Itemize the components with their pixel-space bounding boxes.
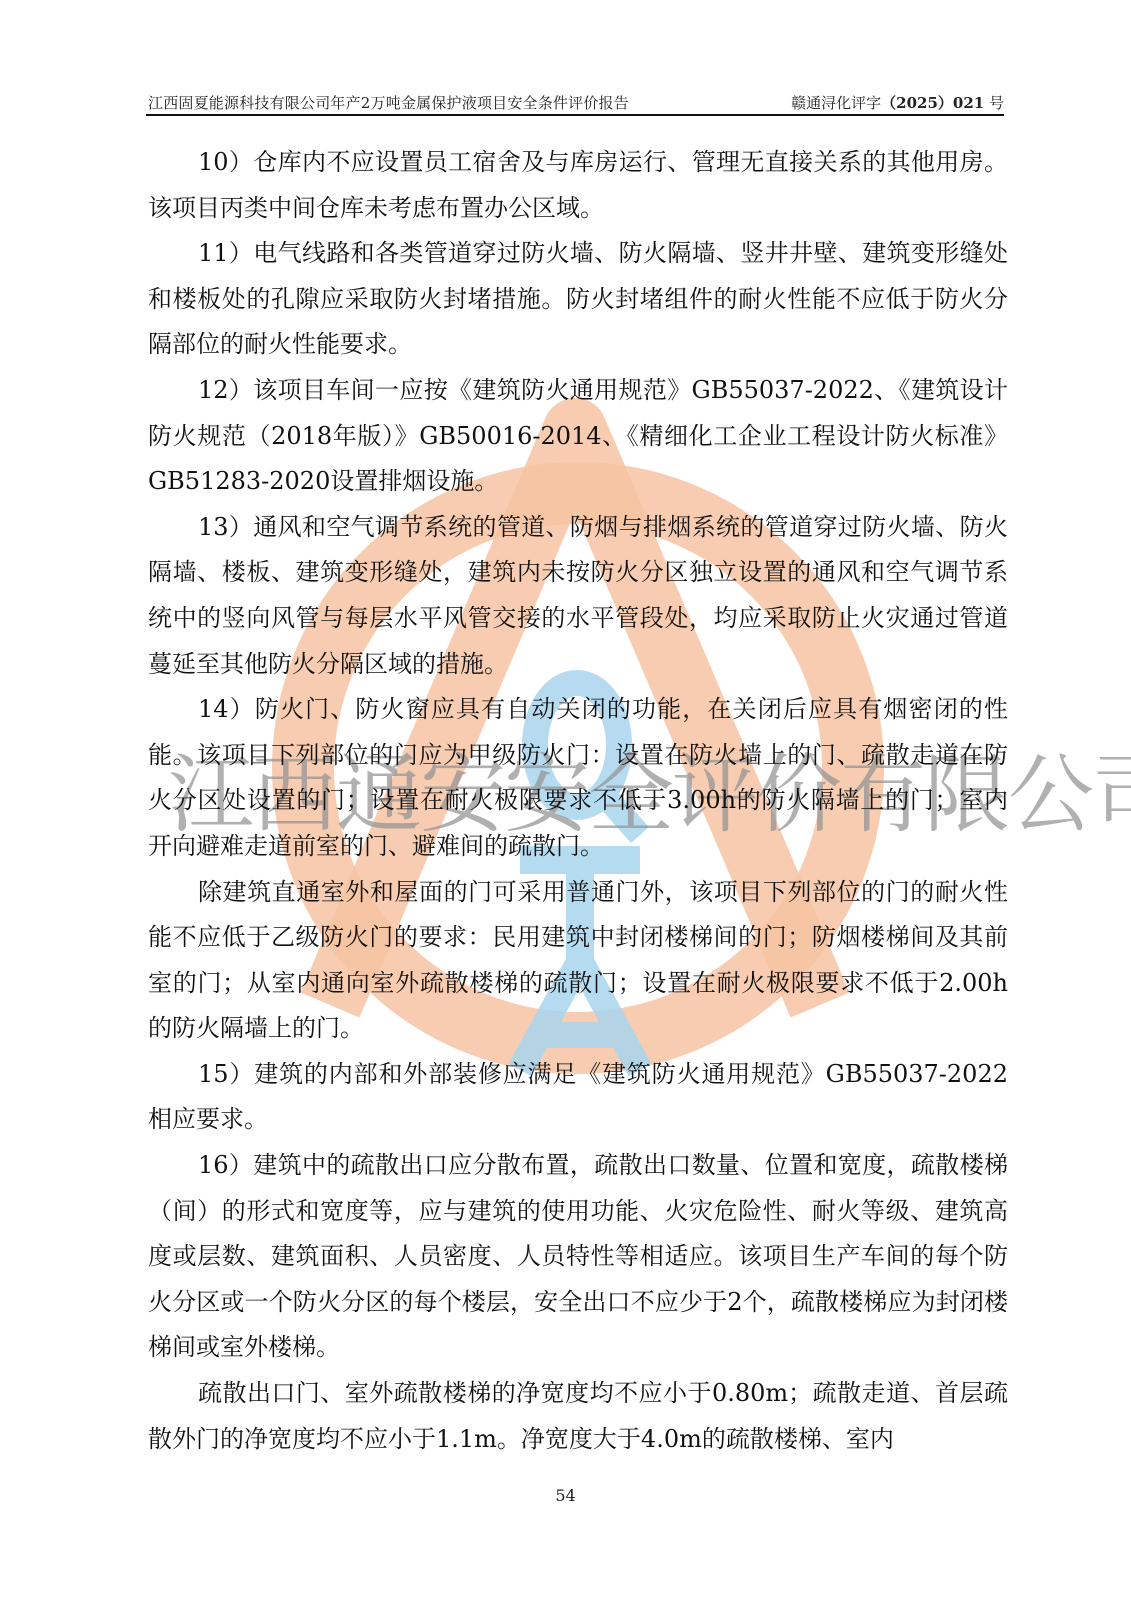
page-number: 54 bbox=[0, 1486, 1131, 1505]
paragraph-item-13: 13）通风和空气调节系统的管道、防烟与排烟系统的管道穿过防火墙、防火隔墙、楼板、… bbox=[148, 505, 1008, 687]
page-header: 江西固夏能源科技有限公司年产2万吨金属保护液项目安全条件评价报告 赣通浔化评字（… bbox=[148, 92, 1004, 114]
doc-no-number: 021 bbox=[953, 94, 984, 112]
report-title: 江西固夏能源科技有限公司年产2万吨金属保护液项目安全条件评价报告 bbox=[148, 92, 629, 113]
paragraph-item-10: 10）仓库内不应设置员工宿舍及与库房运行、管理无直接关系的其他用房。该项目丙类中… bbox=[148, 140, 1008, 231]
paragraph-item-16: 16）建筑中的疏散出口应分散布置，疏散出口数量、位置和宽度，疏散楼梯（间）的形式… bbox=[148, 1143, 1008, 1371]
paragraph-item-12: 12）该项目车间一应按《建筑防火通用规范》GB55037-2022、《建筑设计防… bbox=[148, 368, 1008, 505]
paragraph-item-11: 11）电气线路和各类管道穿过防火墙、防火隔墙、竖井井壁、建筑变形缝处和楼板处的孔… bbox=[148, 231, 1008, 368]
paragraph-item-16-continued: 疏散出口门、室外疏散楼梯的净宽度均不应小于0.80m；疏散走道、首层疏散外门的净… bbox=[148, 1371, 1008, 1462]
doc-no-year: （2025） bbox=[881, 94, 953, 112]
paragraph-item-15: 15）建筑的内部和外部装修应满足《建筑防火通用规范》GB55037-2022相应… bbox=[148, 1052, 1008, 1143]
paragraph-item-14: 14）防火门、防火窗应具有自动关闭的功能，在关闭后应具有烟密闭的性能。该项目下列… bbox=[148, 687, 1008, 869]
document-number: 赣通浔化评字（2025）021 号 bbox=[791, 92, 1004, 113]
doc-no-suffix: 号 bbox=[989, 94, 1004, 112]
doc-no-prefix: 赣通浔化评字 bbox=[791, 94, 881, 112]
header-divider bbox=[146, 114, 1004, 116]
document-body: 10）仓库内不应设置员工宿舍及与库房运行、管理无直接关系的其他用房。该项目丙类中… bbox=[148, 140, 1008, 1462]
paragraph-item-14-continued: 除建筑直通室外和屋面的门可采用普通门外，该项目下列部位的门的耐火性能不应低于乙级… bbox=[148, 870, 1008, 1052]
